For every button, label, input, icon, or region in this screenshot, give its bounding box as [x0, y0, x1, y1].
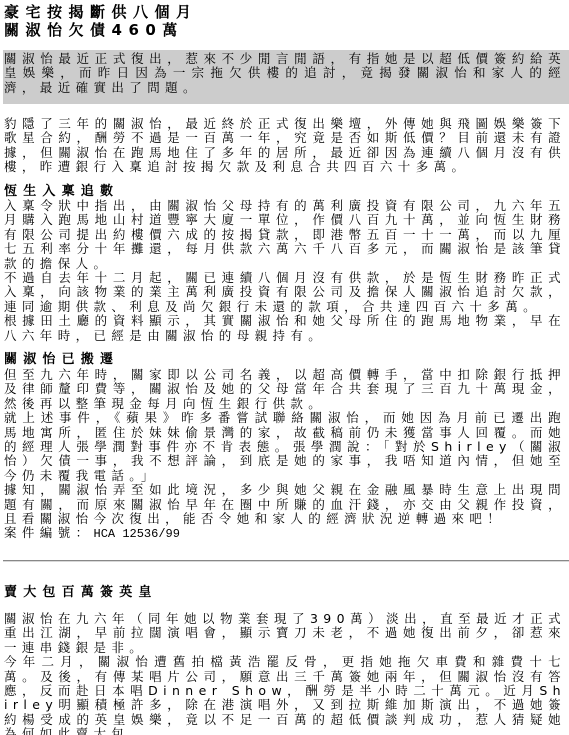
- body-paragraph: 不過自去年十二月起，關已連續八個月沒有供款，於是恆生財務昨正式入稟，向該物業的業…: [4, 271, 566, 314]
- case-number: HCA 12536/99: [94, 527, 180, 541]
- article2-body: 關淑怡在九六年（同年她以物業套現了390萬）淡出，直至最近才正式重出江湖，早前拉…: [4, 612, 566, 735]
- headline-line-1: 豪宅按揭斷供八個月: [4, 3, 198, 21]
- body-paragraph: 就上述事件，《蘋果》昨多番嘗試聯絡關淑怡，而她因為月前已遷出跑馬地寓所，匿住於妹…: [4, 411, 566, 483]
- case-number-line: 案件編號：HCA 12536/99: [4, 526, 566, 541]
- body-paragraph: 根據田土廳的資料顯示，其實關淑怡和她父母所住的跑馬地物業，早在八六年時，已經是由…: [4, 314, 566, 343]
- section-body-hengseng: 入稟令狀中指出，由關淑怡父母持有的萬利廣投資有限公司，九六年五月購入跑馬地山村道…: [4, 199, 566, 343]
- lead-text: 關淑怡最近正式復出，惹來不少閒言閒語，有指她是以超低價簽約給英皇娛樂，而昨日因為…: [4, 52, 566, 95]
- headline-line-2: 關淑怡欠債460萬: [4, 21, 184, 39]
- body-paragraph: 關淑怡在九六年（同年她以物業套現了390萬）淡出，直至最近才正式重出江湖，早前拉…: [4, 612, 566, 655]
- section-title-moved: 關淑怡已搬遷: [4, 352, 119, 367]
- section-divider: [3, 560, 569, 562]
- body-paragraph: 但至九六年時，關家即以公司名義，以超高價轉手，當中扣除銀行抵押及律師釐印費等，關…: [4, 368, 566, 411]
- intro-text: 豹隱了三年的關淑怡，最近終於正式復出樂壇，外傳她與飛圖娛樂簽下歌星合約，酬勞不過…: [4, 117, 566, 175]
- body-paragraph: 據知，關淑怡弄至如此境況，多少與她父親在金融風暴時生意上出現問題有關，而原來關淑…: [4, 483, 566, 526]
- body-paragraph: 今年二月，關淑怡遭舊拍檔黃浩罷反骨，更指她拖欠車費和雜費十七萬。及後，有傳某唱片…: [4, 655, 566, 735]
- case-label: 案件編號：: [4, 525, 94, 540]
- section-body-moved: 但至九六年時，關家即以公司名義，以超高價轉手，當中扣除銀行抵押及律師釐印費等，關…: [4, 368, 566, 542]
- intro-paragraph: 豹隱了三年的關淑怡，最近終於正式復出樂壇，外傳她與飛圖娛樂簽下歌星合約，酬勞不過…: [4, 117, 566, 175]
- body-paragraph: 入稟令狀中指出，由關淑怡父母持有的萬利廣投資有限公司，九六年五月購入跑馬地山村道…: [4, 199, 566, 271]
- lead-paragraph: 關淑怡最近正式復出，惹來不少閒言閒語，有指她是以超低價簽約給英皇娛樂，而昨日因為…: [4, 52, 566, 95]
- section-title-hengseng: 恆生入稟追數: [4, 184, 119, 199]
- article2-title: 賣大包百萬簽英皇: [4, 585, 158, 600]
